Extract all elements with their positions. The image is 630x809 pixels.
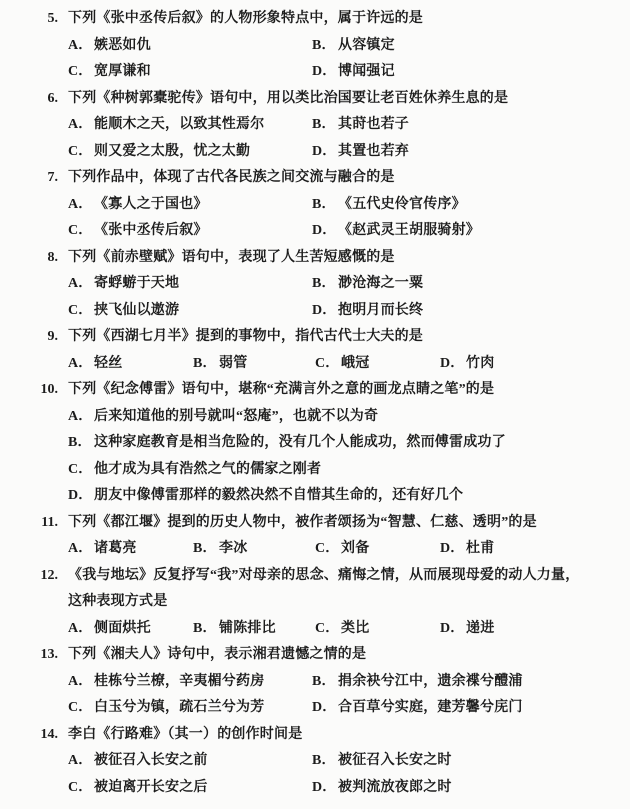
option-letter-d: D．: [312, 695, 338, 722]
option-text-b: 李冰: [219, 541, 247, 556]
exam-paper-page: 5. 下列《张中丞传后叙》的人物形象特点中，属于许远的是 A．嫉恶如仇 B．从容…: [0, 0, 630, 809]
question-9-number: 9.: [0, 324, 58, 351]
question-11-stem-row: 11. 下列《都江堰》提到的历史人物中，被作者颂扬为“智慧、仁慈、透明”的是: [0, 510, 630, 537]
question-7-option-b: B．《五代史伶官传序》: [312, 192, 466, 219]
question-10-stem-row: 10. 下列《纪念傅雷》语句中，堪称“充满言外之意的画龙点睛之笔”的是: [0, 377, 630, 404]
question-10-option-c-row: C．他才成为具有浩然之气的儒家之刚者: [0, 457, 630, 484]
question-5-option-b: B．从容镇定: [312, 33, 395, 60]
question-13-number: 13.: [0, 642, 58, 669]
scan-artifact-dot: [418, 333, 421, 336]
question-8-stem: 下列《前赤壁赋》语句中，表现了人生苦短感慨的是: [68, 245, 395, 272]
question-5-options-row-1: A．嫉恶如仇 B．从容镇定: [0, 33, 630, 60]
question-10-stem: 下列《纪念傅雷》语句中，堪称“充满言外之意的画龙点睛之笔”的是: [68, 377, 494, 404]
option-letter-b: B．: [193, 616, 219, 643]
question-7-stem: 下列作品中，体现了古代各民族之间交流与融合的是: [68, 165, 395, 192]
question-11-option-c: C．刘备: [315, 536, 369, 563]
option-text-d: 朋友中像傅雷那样的毅然决然不自惜其生命的，还有好几个: [94, 488, 463, 503]
option-text-b: 从容镇定: [338, 38, 395, 53]
question-8-stem-row: 8. 下列《前赤壁赋》语句中，表现了人生苦短感慨的是: [0, 245, 630, 272]
option-letter-c: C．: [315, 536, 341, 563]
question-8-options-row-1: A．寄蜉蝣于天地 B．渺沧海之一粟: [0, 271, 630, 298]
option-text-d: 竹肉: [466, 356, 494, 371]
option-letter-c: C．: [68, 457, 94, 484]
option-letter-c: C．: [68, 695, 94, 722]
question-12-option-a: A．侧面烘托: [68, 616, 151, 643]
option-letter-b: B．: [312, 271, 338, 298]
question-5-number: 5.: [0, 6, 58, 33]
question-5-option-d: D．博闻强记: [312, 59, 395, 86]
option-letter-c: C．: [315, 351, 341, 378]
option-text-a: 嫉恶如仇: [94, 38, 151, 53]
question-9-option-c: C．峨冠: [315, 351, 369, 378]
option-text-b: 这种家庭教育是相当危险的，没有几个人能成功，然而傅雷成功了: [94, 435, 506, 450]
option-letter-a: A．: [68, 404, 94, 431]
question-10-option-a: A．后来知道他的别号就叫“怒庵”，也就不以为奇: [68, 404, 378, 431]
question-12-stem-row: 12. 《我与地坛》反复抒写“我”对母亲的思念、痛悔之情，从而展现母爱的动人力量…: [0, 563, 630, 590]
option-letter-d: D．: [440, 616, 466, 643]
option-text-a: 《寡人之于国也》: [94, 197, 208, 212]
option-letter-d: D．: [312, 59, 338, 86]
option-text-a: 寄蜉蝣于天地: [94, 276, 179, 291]
question-6-number: 6.: [0, 86, 58, 113]
question-13-stem-row: 13. 下列《湘夫人》诗句中，表示湘君遗憾之情的是: [0, 642, 630, 669]
option-text-a: 轻丝: [94, 356, 122, 371]
option-letter-d: D．: [312, 775, 338, 802]
question-5-options-row-2: C．宽厚谦和 D．博闻强记: [0, 59, 630, 86]
option-text-a: 侧面烘托: [94, 621, 151, 636]
question-13-option-b: B．捐余袂兮江中，遗余褋兮醴浦: [312, 669, 523, 696]
option-letter-d: D．: [68, 483, 94, 510]
option-text-c: 峨冠: [341, 356, 369, 371]
option-letter-b: B．: [312, 33, 338, 60]
option-letter-d: D．: [312, 139, 338, 166]
question-8-options-row-2: C．挟飞仙以遨游 D．抱明月而长终: [0, 298, 630, 325]
option-letter-a: A．: [68, 616, 94, 643]
option-text-b: 被征召入长安之时: [338, 753, 452, 768]
option-letter-c: C．: [68, 298, 94, 325]
option-text-a: 能顺木之天，以致其性焉尔: [94, 117, 264, 132]
option-letter-c: C．: [68, 59, 94, 86]
question-14-option-d: D．被判流放夜郎之时: [312, 775, 452, 802]
question-14-number: 14.: [0, 722, 58, 749]
question-6-option-c: C．则又爱之太殷，忧之太勤: [68, 139, 250, 166]
option-text-d: 杜甫: [466, 541, 494, 556]
option-letter-a: A．: [68, 112, 94, 139]
question-9-options-row: A．轻丝 B．弱管 C．峨冠 D．竹肉: [0, 351, 630, 378]
option-text-c: 挟飞仙以遨游: [94, 303, 179, 318]
option-text-a: 诸葛亮: [94, 541, 137, 556]
question-5-stem-row: 5. 下列《张中丞传后叙》的人物形象特点中，属于许远的是: [0, 6, 630, 33]
question-11-number: 11.: [0, 510, 58, 537]
question-5-option-c: C．宽厚谦和: [68, 59, 151, 86]
question-7-option-d: D．《赵武灵王胡服骑射》: [312, 218, 480, 245]
question-14-stem-row: 14. 李白《行路难》（其一）的创作时间是: [0, 722, 630, 749]
question-12-stem-row-2: 这种表现方式是: [0, 589, 630, 616]
option-text-b: 渺沧海之一粟: [338, 276, 423, 291]
question-5-stem: 下列《张中丞传后叙》的人物形象特点中，属于许远的是: [68, 6, 423, 33]
option-text-c: 《张中丞传后叙》: [94, 223, 208, 238]
question-6-option-a: A．能顺木之天，以致其性焉尔: [68, 112, 264, 139]
option-text-c: 刘备: [341, 541, 369, 556]
question-7-stem-row: 7. 下列作品中，体现了古代各民族之间交流与融合的是: [0, 165, 630, 192]
option-text-b: 捐余袂兮江中，遗余褋兮醴浦: [338, 674, 523, 689]
option-letter-a: A．: [68, 748, 94, 775]
option-letter-d: D．: [312, 218, 338, 245]
option-text-d: 博闻强记: [338, 64, 395, 79]
option-text-d: 递进: [466, 621, 494, 636]
question-6-option-b: B．其莳也若子: [312, 112, 409, 139]
option-letter-c: C．: [68, 139, 94, 166]
option-text-d: 合百草兮实庭，建芳馨兮庑门: [338, 700, 523, 715]
question-9-option-d: D．竹肉: [440, 351, 494, 378]
question-13-options-row-2: C．白玉兮为镇，疏石兰兮为芳 D．合百草兮实庭，建芳馨兮庑门: [0, 695, 630, 722]
question-11-stem: 下列《都江堰》提到的历史人物中，被作者颂扬为“智慧、仁慈、透明”的是: [68, 510, 537, 537]
question-6-options-row-1: A．能顺木之天，以致其性焉尔 B．其莳也若子: [0, 112, 630, 139]
question-11-option-a: A．诸葛亮: [68, 536, 137, 563]
question-13-option-c: C．白玉兮为镇，疏石兰兮为芳: [68, 695, 264, 722]
option-text-c: 白玉兮为镇，疏石兰兮为芳: [94, 700, 264, 715]
option-letter-a: A．: [68, 192, 94, 219]
option-text-d: 被判流放夜郎之时: [338, 780, 452, 795]
option-letter-c: C．: [68, 218, 94, 245]
question-10-option-b-row: B．这种家庭教育是相当危险的，没有几个人能成功，然而傅雷成功了: [0, 430, 630, 457]
question-12-stem-continuation: 这种表现方式是: [68, 589, 167, 616]
option-letter-b: B．: [193, 536, 219, 563]
question-13-stem: 下列《湘夫人》诗句中，表示湘君遗憾之情的是: [68, 642, 366, 669]
option-text-c: 被迫离开长安之后: [94, 780, 208, 795]
question-13-options-row-1: A．桂栋兮兰橑，辛夷楣兮药房 B．捐余袂兮江中，遗余褋兮醴浦: [0, 669, 630, 696]
question-14-stem: 李白《行路难》（其一）的创作时间是: [68, 722, 302, 749]
option-text-a: 后来知道他的别号就叫“怒庵”，也就不以为奇: [94, 409, 378, 424]
option-letter-d: D．: [312, 298, 338, 325]
question-11-options-row: A．诸葛亮 B．李冰 C．刘备 D．杜甫: [0, 536, 630, 563]
question-8-option-a: A．寄蜉蝣于天地: [68, 271, 179, 298]
option-text-a: 被征召入长安之前: [94, 753, 208, 768]
question-11-option-d: D．杜甫: [440, 536, 494, 563]
option-text-c: 他才成为具有浩然之气的儒家之刚者: [94, 462, 321, 477]
question-9-stem-row: 9. 下列《西湖七月半》提到的事物中，指代古代士大夫的是: [0, 324, 630, 351]
question-11-option-b: B．李冰: [193, 536, 247, 563]
option-text-d: 《赵武灵王胡服骑射》: [338, 223, 480, 238]
question-13-option-d: D．合百草兮实庭，建芳馨兮庑门: [312, 695, 523, 722]
question-10-option-d: D．朋友中像傅雷那样的毅然决然不自惜其生命的，还有好几个: [68, 483, 463, 510]
option-letter-a: A．: [68, 271, 94, 298]
question-9-option-b: B．弱管: [193, 351, 247, 378]
question-14-options-row-1: A．被征召入长安之前 B．被征召入长安之时: [0, 748, 630, 775]
question-8-number: 8.: [0, 245, 58, 272]
option-letter-d: D．: [440, 536, 466, 563]
option-letter-b: B．: [312, 192, 338, 219]
option-letter-c: C．: [68, 775, 94, 802]
question-14-option-a: A．被征召入长安之前: [68, 748, 208, 775]
question-10-option-c: C．他才成为具有浩然之气的儒家之刚者: [68, 457, 321, 484]
question-10-option-a-row: A．后来知道他的别号就叫“怒庵”，也就不以为奇: [0, 404, 630, 431]
option-text-b: 《五代史伶官传序》: [338, 197, 466, 212]
question-10-option-b: B．这种家庭教育是相当危险的，没有几个人能成功，然而傅雷成功了: [68, 430, 506, 457]
option-text-d: 其置也若弃: [338, 144, 409, 159]
option-letter-a: A．: [68, 33, 94, 60]
question-7-option-a: A．《寡人之于国也》: [68, 192, 208, 219]
question-6-stem-row: 6. 下列《种树郭橐驼传》语句中，用以类比治国要让老百姓休养生息的是: [0, 86, 630, 113]
option-letter-d: D．: [440, 351, 466, 378]
question-14-option-b: B．被征召入长安之时: [312, 748, 452, 775]
option-text-b: 弱管: [219, 356, 247, 371]
question-6-options-row-2: C．则又爱之太殷，忧之太勤 D．其置也若弃: [0, 139, 630, 166]
option-letter-a: A．: [68, 351, 94, 378]
question-8-option-d: D．抱明月而长终: [312, 298, 423, 325]
question-9-option-a: A．轻丝: [68, 351, 122, 378]
option-text-d: 抱明月而长终: [338, 303, 423, 318]
question-12-option-d: D．递进: [440, 616, 494, 643]
option-letter-b: B．: [312, 112, 338, 139]
question-12-stem: 《我与地坛》反复抒写“我”对母亲的思念、痛悔之情，从而展现母爱的动人力量，: [68, 563, 579, 590]
question-14-option-c: C．被迫离开长安之后: [68, 775, 208, 802]
question-6-option-d: D．其置也若弃: [312, 139, 409, 166]
question-7-number: 7.: [0, 165, 58, 192]
option-text-c: 则又爱之太殷，忧之太勤: [94, 144, 250, 159]
question-7-options-row-2: C．《张中丞传后叙》 D．《赵武灵王胡服骑射》: [0, 218, 630, 245]
option-text-a: 桂栋兮兰橑，辛夷楣兮药房: [94, 674, 264, 689]
option-letter-b: B．: [193, 351, 219, 378]
question-5-option-a: A．嫉恶如仇: [68, 33, 151, 60]
option-letter-a: A．: [68, 669, 94, 696]
question-12-option-c: C．类比: [315, 616, 369, 643]
question-12-options-row: A．侧面烘托 B．铺陈排比 C．类比 D．递进: [0, 616, 630, 643]
question-10-number: 10.: [0, 377, 58, 404]
option-letter-a: A．: [68, 536, 94, 563]
question-7-options-row-1: A．《寡人之于国也》 B．《五代史伶官传序》: [0, 192, 630, 219]
question-14-options-row-2: C．被迫离开长安之后 D．被判流放夜郎之时: [0, 775, 630, 802]
option-letter-b: B．: [68, 430, 94, 457]
question-9-stem: 下列《西湖七月半》提到的事物中，指代古代士大夫的是: [68, 324, 423, 351]
question-12-option-b: B．铺陈排比: [193, 616, 276, 643]
question-8-option-c: C．挟飞仙以遨游: [68, 298, 179, 325]
question-10-option-d-row: D．朋友中像傅雷那样的毅然决然不自惜其生命的，还有好几个: [0, 483, 630, 510]
option-text-b: 其莳也若子: [338, 117, 409, 132]
option-letter-c: C．: [315, 616, 341, 643]
option-letter-b: B．: [312, 669, 338, 696]
question-13-option-a: A．桂栋兮兰橑，辛夷楣兮药房: [68, 669, 264, 696]
question-6-stem: 下列《种树郭橐驼传》语句中，用以类比治国要让老百姓休养生息的是: [68, 86, 508, 113]
question-7-option-c: C．《张中丞传后叙》: [68, 218, 208, 245]
option-text-b: 铺陈排比: [219, 621, 276, 636]
option-text-c: 类比: [341, 621, 369, 636]
question-8-option-b: B．渺沧海之一粟: [312, 271, 423, 298]
option-letter-b: B．: [312, 748, 338, 775]
question-12-number: 12.: [0, 563, 58, 590]
option-text-c: 宽厚谦和: [94, 64, 151, 79]
